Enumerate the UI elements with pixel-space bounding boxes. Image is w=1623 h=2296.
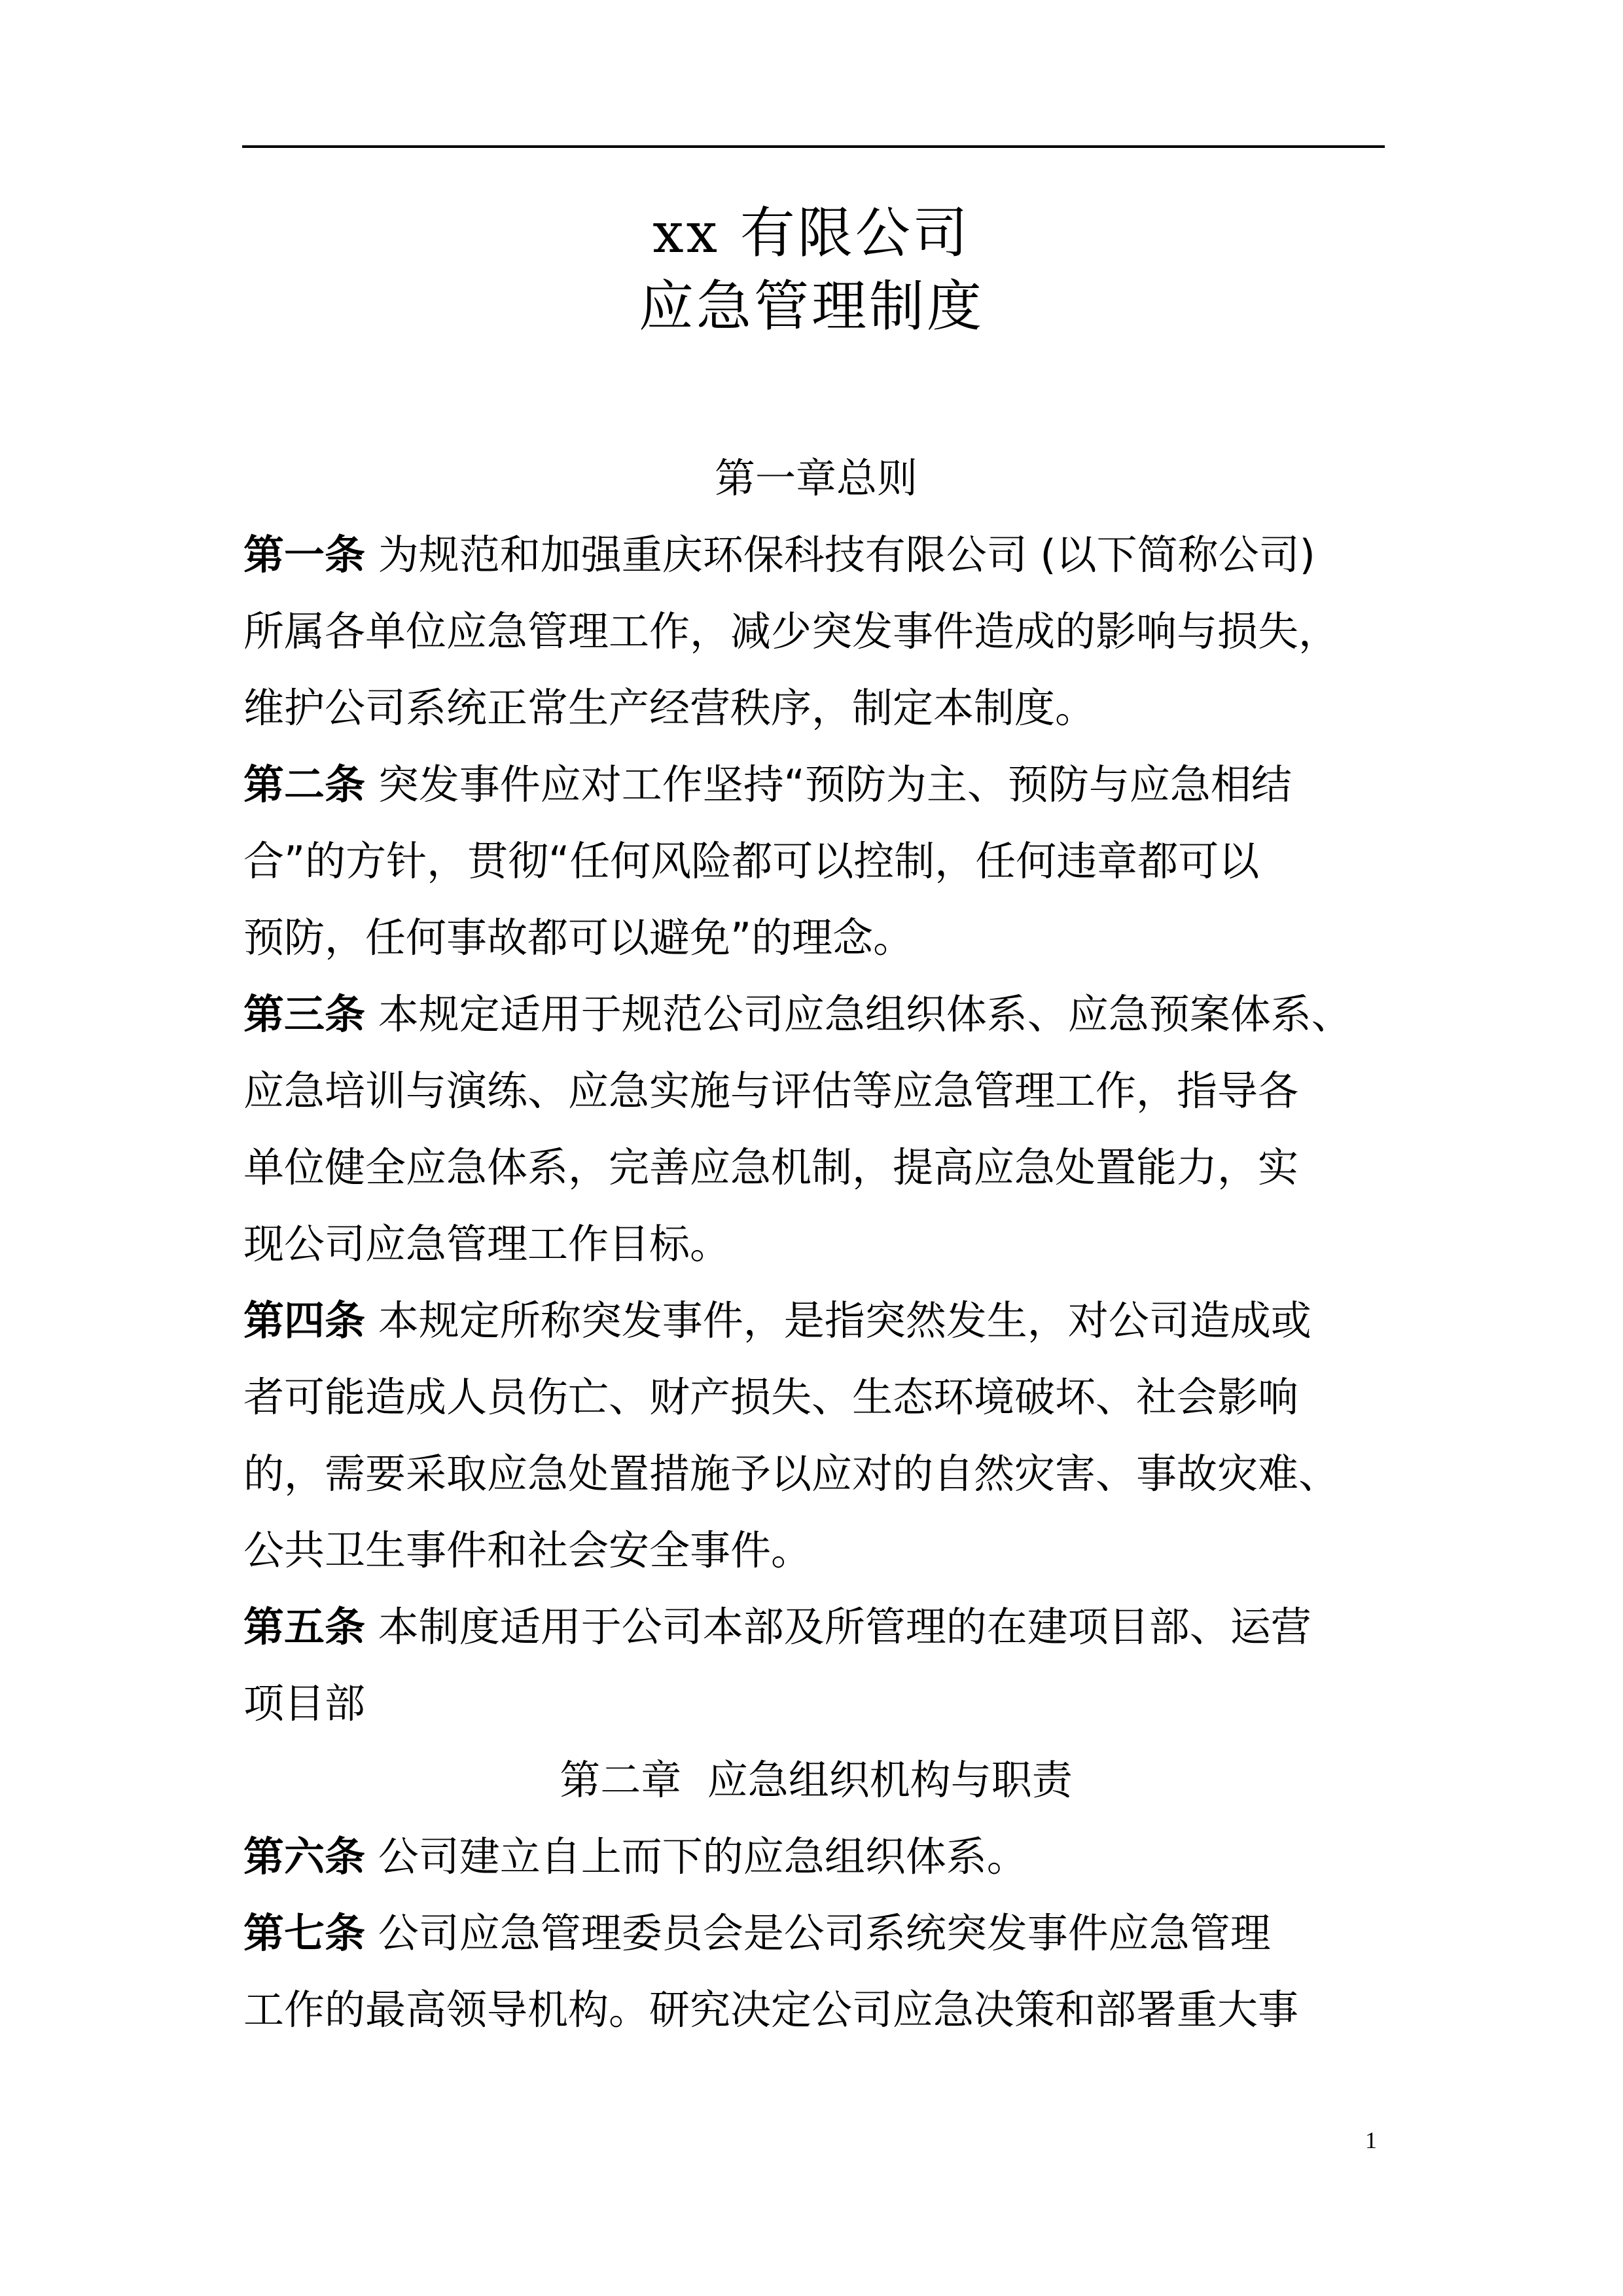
article-line: 应急培训与演练、应急实施与评估等应急管理工作，指导各: [243, 1052, 1389, 1129]
article-text: 本规定所称突发事件，是指突然发生，对公司造成或: [365, 1297, 1311, 1344]
article-7: 第七条 公司应急管理委员会是公司系统突发事件应急管理: [243, 1895, 1389, 1971]
article-text: 突发事件应对工作坚持“预防为主、预防与应急相结: [365, 761, 1292, 808]
article-line: 现公司应急管理工作目标。: [243, 1206, 1389, 1282]
article-label: 第二条: [243, 761, 365, 808]
document-title: xx 有限公司 应急管理制度: [0, 196, 1623, 343]
article-line: 工作的最高领导机构。研究决定公司应急决策和部署重大事: [243, 1971, 1389, 2048]
article-text: 为规范和加强重庆环保科技有限公司 (以下简称公司): [365, 531, 1315, 579]
article-line: 者可能造成人员伤亡、财产损失、生态环境破坏、社会影响: [243, 1359, 1389, 1435]
article-line: 所属各单位应急管理工作，减少突发事件造成的影响与损失，: [243, 593, 1389, 670]
article-text: 本规定适用于规范公司应急组织体系、应急预案体系、: [365, 990, 1352, 1038]
article-text: 本制度适用于公司本部及所管理的在建项目部、运营: [365, 1603, 1311, 1651]
chapter-2-heading: 第二章 应急组织机构与职责: [243, 1742, 1389, 1818]
article-label: 第七条: [243, 1909, 365, 1957]
article-text: 公司建立自上而下的应急组织体系。: [365, 1833, 1027, 1880]
title-company: xx 有限公司: [0, 196, 1623, 270]
article-3: 第三条 本规定适用于规范公司应急组织体系、应急预案体系、: [243, 976, 1389, 1052]
article-2: 第二条 突发事件应对工作坚持“预防为主、预防与应急相结: [243, 746, 1389, 823]
article-label: 第一条: [243, 531, 365, 579]
article-label: 第六条: [243, 1833, 365, 1880]
article-line: 单位健全应急体系，完善应急机制，提高应急处置能力，实: [243, 1129, 1389, 1206]
article-text: 公司应急管理委员会是公司系统突发事件应急管理: [365, 1909, 1271, 1957]
article-line: 的，需要采取应急处置措施予以应对的自然灾害、事故灾难、: [243, 1435, 1389, 1512]
article-label: 第三条: [243, 990, 365, 1038]
article-line: 合”的方针，贯彻“任何风险都可以控制，任何违章都可以: [243, 823, 1389, 899]
article-label: 第五条: [243, 1603, 365, 1651]
article-line: 项目部: [243, 1665, 1389, 1742]
article-6: 第六条 公司建立自上而下的应急组织体系。: [243, 1818, 1389, 1895]
article-4: 第四条 本规定所称突发事件，是指突然发生，对公司造成或: [243, 1282, 1389, 1359]
article-line: 公共卫生事件和社会安全事件。: [243, 1512, 1389, 1588]
article-1: 第一条 为规范和加强重庆环保科技有限公司 (以下简称公司): [243, 516, 1389, 593]
chapter-1-heading: 第一章总则: [243, 440, 1389, 516]
article-line: 预防，任何事故都可以避免”的理念。: [243, 899, 1389, 976]
document-body: 第一章总则 第一条 为规范和加强重庆环保科技有限公司 (以下简称公司) 所属各单…: [243, 440, 1389, 2048]
page-number: 1: [1365, 2127, 1377, 2153]
article-line: 维护公司系统正常生产经营秩序，制定本制度。: [243, 670, 1389, 746]
title-regulation: 应急管理制度: [0, 270, 1623, 343]
header-rule: [242, 145, 1385, 148]
article-5: 第五条 本制度适用于公司本部及所管理的在建项目部、运营: [243, 1588, 1389, 1665]
article-label: 第四条: [243, 1297, 365, 1344]
